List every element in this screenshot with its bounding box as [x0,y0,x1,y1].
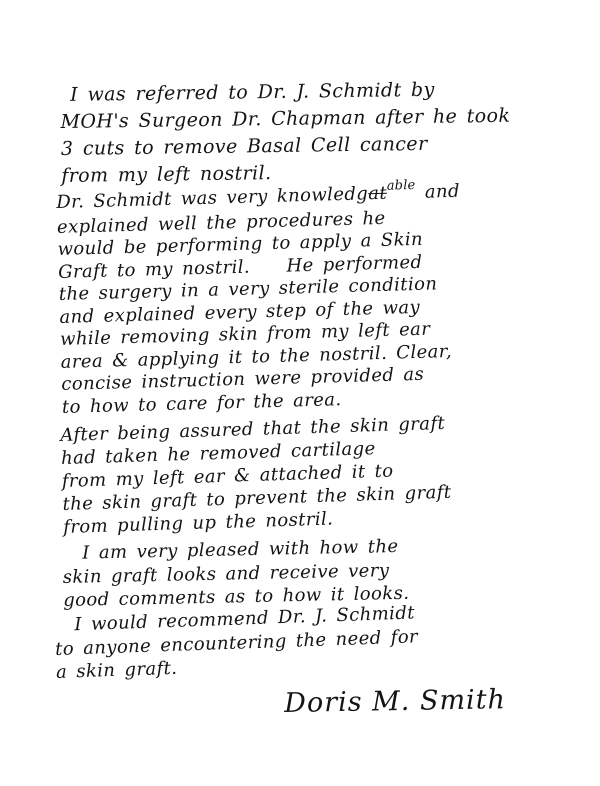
paragraph-referral: I was referred to Dr. J. Schmidt by MOH'… [60,76,511,190]
line-text: and [415,181,460,203]
letter-page: I was referred to Dr. J. Schmidt by MOH'… [0,0,600,786]
signature: Doris M. Smith [284,684,506,719]
paragraph-recommendation: I would recommend Dr. J. Schmidt to anyo… [54,601,419,684]
paragraph-procedure: Dr. Schmidt was very knowledgatable and … [56,181,466,419]
superscript-insertion: able [387,178,416,194]
strikethrough-text: at [368,183,387,205]
paragraph-pleased: I am very pleased with how the skin graf… [62,535,410,613]
paragraph-cartilage: After being assured that the skin graft … [60,412,452,539]
